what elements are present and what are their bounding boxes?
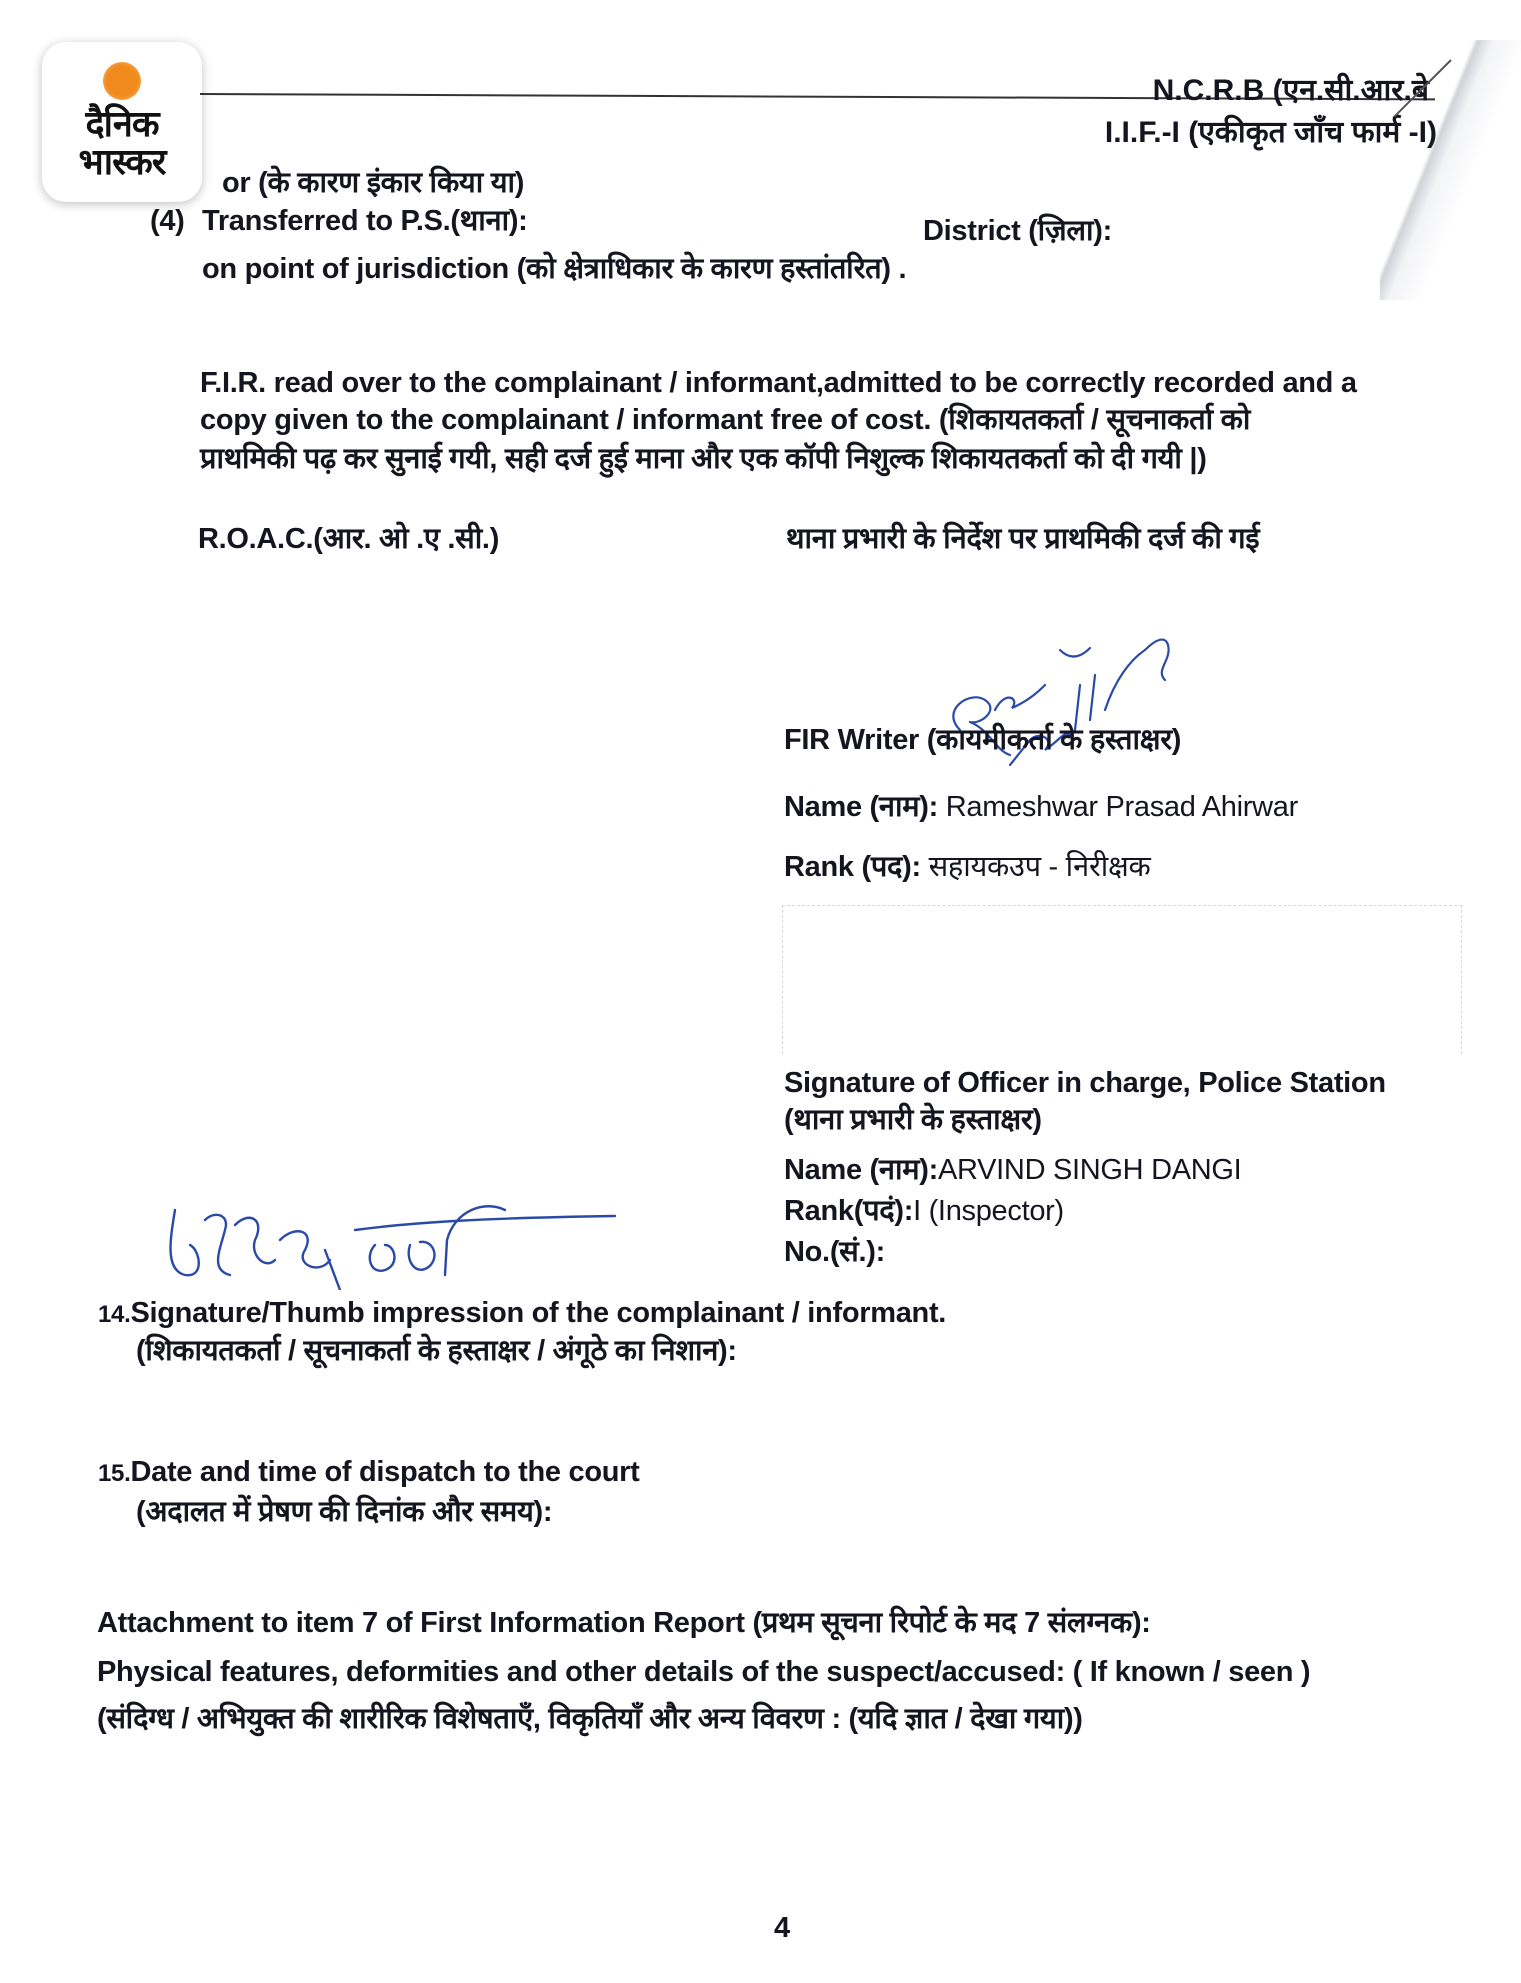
refused-line: or (के कारण इंकार किया या) — [222, 166, 524, 201]
page-number: 4 — [774, 1912, 790, 1945]
logo-text-line2: भास्कर — [78, 144, 165, 182]
transferred-to-ps-label: Transferred to P.S.(थाना): — [202, 204, 528, 239]
complainant-signature — [155, 1180, 625, 1290]
officer-signature-area — [782, 905, 1462, 1054]
fir-read-line3: प्राथमिकी पढ़ कर सुनाई गयी, सही दर्ज हुई… — [200, 442, 1207, 477]
officer-signature-label: Signature of Officer in charge, Police S… — [784, 1066, 1386, 1101]
physical-features-label-hindi: (संदिग्ध / अभियुक्त की शारीरिक विशेषताएँ… — [97, 1702, 1083, 1737]
district-label: District (ज़िला): — [923, 214, 1112, 249]
fir-writer-name-label: Name (नाम): — [784, 791, 938, 823]
fir-read-line1: F.I.R. read over to the complainant / in… — [200, 366, 1357, 401]
roac-label: R.O.A.C.(आर. ओ .ए .सी.) — [198, 522, 499, 557]
fir-writer-name-value: Rameshwar Prasad Ahirwar — [946, 791, 1298, 823]
item-15-label: Date and time of dispatch to the court — [130, 1456, 639, 1488]
officer-number-label: No.(सं.): — [784, 1235, 885, 1270]
officer-rank-label: Rank(पदं): — [784, 1195, 913, 1227]
item-14-label-hindi: (शिकायतकर्ता / सूचनाकर्ता के हस्ताक्षर /… — [136, 1334, 737, 1369]
dainik-bhaskar-logo: दैनिक भास्कर — [42, 42, 202, 202]
fir-read-line2: copy given to the complainant / informan… — [200, 403, 1250, 438]
item-14-number: 14. — [98, 1301, 130, 1328]
fir-writer-rank-value: सहायकउप - निरीक्षक — [929, 851, 1151, 883]
section-4-number: (4) — [150, 204, 185, 239]
item-14-label: Signature/Thumb impression of the compla… — [130, 1297, 946, 1329]
logo-text-line1: दैनिक — [85, 106, 158, 144]
page-fold-shadow — [1380, 40, 1521, 300]
item-15-number: 15. — [98, 1460, 130, 1487]
registered-on-instruction: थाना प्रभारी के निर्देश पर प्राथमिकी दर्… — [786, 522, 1259, 557]
item-15-label-hindi: (अदालत में प्रेषण की दिनांक और समय): — [136, 1495, 552, 1530]
officer-name-label: Name (नाम): — [784, 1154, 938, 1186]
fir-writer-label: FIR Writer (कायमीकर्ता के हस्ताक्षर) — [784, 723, 1181, 758]
attachment-heading: Attachment to item 7 of First Informatio… — [97, 1606, 1151, 1641]
sun-icon — [103, 62, 141, 100]
officer-rank-value: I (Inspector) — [913, 1195, 1064, 1227]
officer-signature-label-hindi: (थाना प्रभारी के हस्ताक्षर) — [784, 1103, 1042, 1138]
jurisdiction-line: on point of jurisdiction (को क्षेत्राधिक… — [202, 252, 906, 287]
officer-name-value: ARVIND SINGH DANGI — [938, 1154, 1241, 1186]
physical-features-label: Physical features, deformities and other… — [97, 1655, 1310, 1690]
fir-writer-rank-label: Rank (पद): — [784, 851, 921, 883]
